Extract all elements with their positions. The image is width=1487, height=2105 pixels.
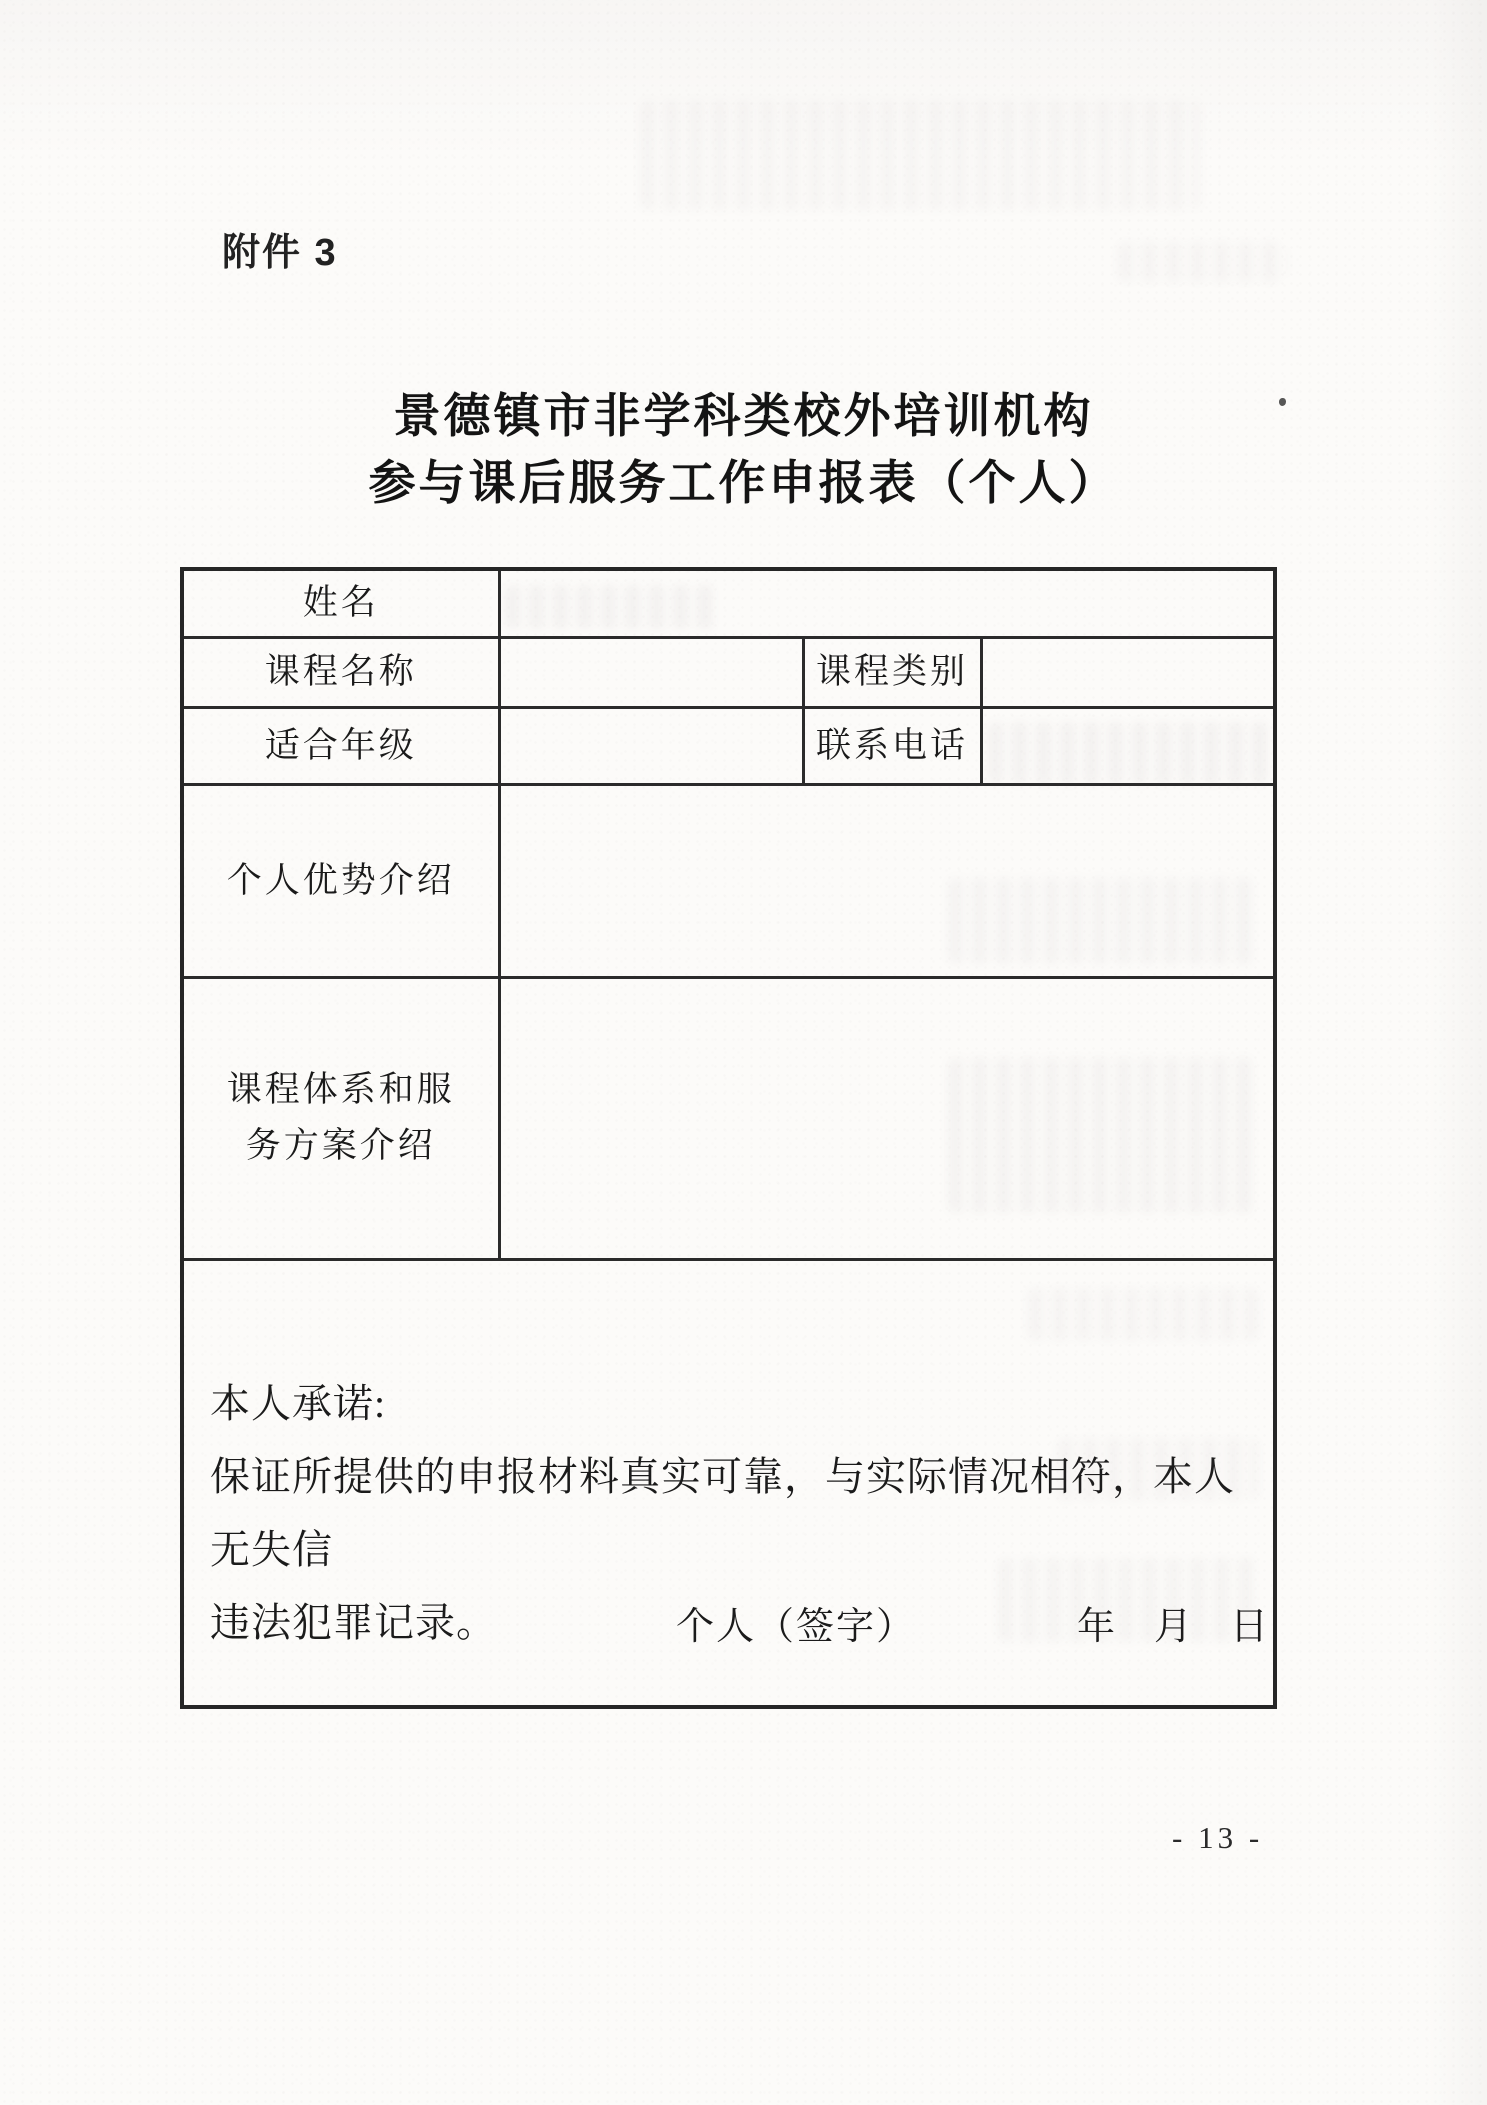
month-label: 月 (1154, 1595, 1194, 1650)
row-grade-phone: 适合年级 联系电话 (182, 707, 1275, 784)
document-title-line-1: 景德镇市非学科类校外培训机构 (0, 382, 1487, 449)
name-label: 姓名 (182, 569, 499, 637)
row-name: 姓名 (182, 569, 1275, 637)
course-category-label: 课程类别 (803, 637, 981, 707)
application-form-table: 姓名 课程名称 课程类别 适合年级 联系电话 个人优势介绍 课程体系和服 务方案… (180, 567, 1277, 1709)
course-system-value-cell (499, 977, 1275, 1259)
course-system-label-line-1: 课程体系和服 (184, 1062, 498, 1118)
course-system-label: 课程体系和服 务方案介绍 (182, 977, 499, 1259)
bleed-through-artifact (1118, 242, 1288, 282)
document-title-line-2: 参与课后服务工作申报表（个人） (0, 449, 1487, 516)
attachment-number-label: 附件 3 (222, 221, 338, 276)
course-system-label-line-2: 务方案介绍 (184, 1118, 498, 1174)
commitment-line-1: 本人承诺: (210, 1367, 1239, 1440)
grade-value-cell (499, 707, 803, 784)
signature-label: 个人（签字） (676, 1595, 916, 1650)
scanned-document-page: 附件 3 景德镇市非学科类校外培训机构 参与课后服务工作申报表（个人） 姓名 课… (0, 0, 1487, 2105)
course-category-value-cell (981, 637, 1275, 707)
document-title: 景德镇市非学科类校外培训机构 参与课后服务工作申报表（个人） (0, 382, 1487, 516)
phone-value-cell (981, 707, 1275, 784)
row-personal-advantage: 个人优势介绍 (182, 784, 1275, 977)
name-value-cell (499, 569, 1275, 637)
grade-label: 适合年级 (182, 707, 499, 784)
row-commitment: 本人承诺: 保证所提供的申报材料真实可靠，与实际情况相符，本人无失信 违法犯罪记… (182, 1259, 1275, 1707)
phone-label: 联系电话 (803, 707, 981, 784)
commitment-line-2: 保证所提供的申报材料真实可靠，与实际情况相符，本人无失信 (210, 1440, 1239, 1586)
course-name-label: 课程名称 (182, 637, 499, 707)
course-name-value-cell (499, 637, 803, 707)
commitment-cell: 本人承诺: 保证所提供的申报材料真实可靠，与实际情况相符，本人无失信 违法犯罪记… (182, 1259, 1275, 1707)
row-course-system: 课程体系和服 务方案介绍 (182, 977, 1275, 1259)
personal-advantage-value-cell (499, 784, 1275, 977)
page-number: - 13 - (1172, 1820, 1263, 1856)
personal-advantage-label: 个人优势介绍 (182, 784, 499, 977)
bleed-through-artifact (640, 100, 1200, 210)
year-label: 年 (1077, 1595, 1117, 1650)
row-course: 课程名称 课程类别 (182, 637, 1275, 707)
day-label: 日 (1230, 1595, 1270, 1650)
